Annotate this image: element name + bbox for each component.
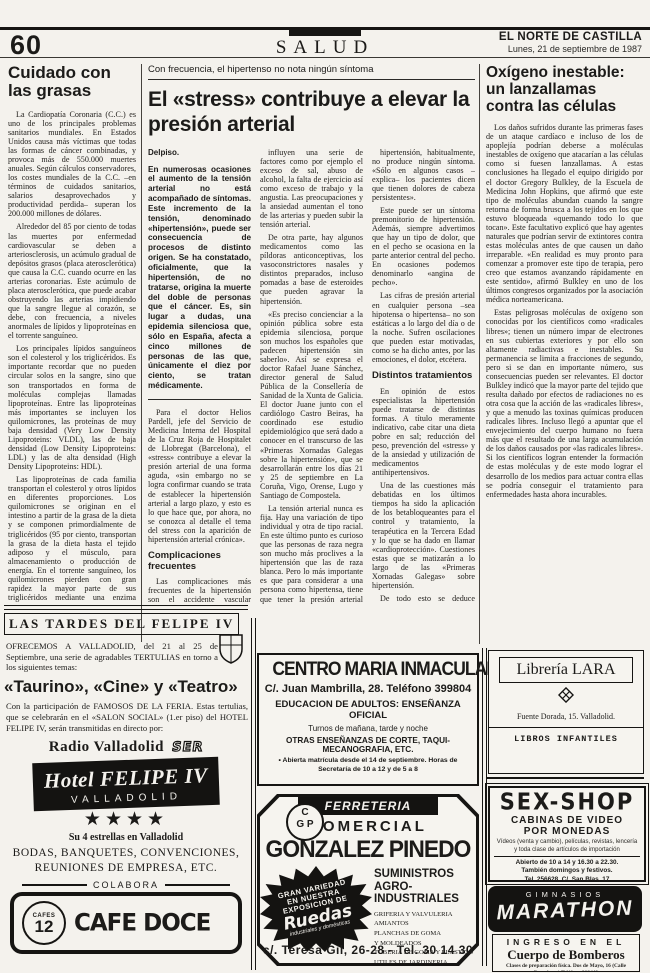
masthead-date: Lunes, 21 de septiembre de 1987 (422, 44, 642, 54)
ruedas-starburst: GRAN VARIEDAD EN NUESTRA EXPOSICION DE R… (260, 866, 372, 952)
article-grasas: Cuidado con las grasas La Cardiopatía Co… (8, 64, 136, 602)
article-oxigeno-title: Oxígeno inestable: un lanzallamas contra… (486, 64, 643, 115)
ad-libreria-lara: Librería LARA Fuente Dorada, 15. Vallado… (488, 650, 644, 774)
ad-felipe-intro: OFRECEMOS A VALLADOLID, del 21 al 25 de … (6, 641, 218, 673)
ad-sex-shop: SEX-SHOP CABINAS DE VIDEO POR MONEDAS Ví… (488, 786, 646, 882)
hotel-tagline: Su 4 estrellas en Valladolid (4, 832, 248, 843)
centro-matricula: • Abierta matrícula desde el 14 de septi… (264, 757, 472, 775)
cgp-letters: G P (288, 819, 322, 830)
article-stress-lede: En numerosas ocasiones el aumento de la … (148, 165, 251, 400)
pinedo-address: c/. Teresa Gil, 26-28 - Tel. 30 14 30 (260, 943, 476, 957)
article-stress-byline: Delpiso. (148, 148, 251, 157)
section-bar (289, 29, 361, 36)
paragraph: Este puede ser un síntoma premonitorio d… (372, 206, 475, 288)
article-stress-headline: El «stress» contribuye a elevar la presi… (148, 88, 475, 138)
sexshop-body: Vídeos (venta y cambio), películas, revi… (496, 839, 638, 854)
ad-divider (482, 648, 487, 966)
sexshop-cabinas: CABINAS DE VIDEO (490, 815, 644, 826)
lara-libros: LIBROS INFANTILES (489, 727, 643, 748)
ad-gimnasio-marathon: GIMNASIOS MARATHON (488, 886, 642, 932)
newspaper-page: 60 SALUD EL NORTE DE CASTILLA Lunes, 21 … (0, 0, 650, 973)
hotel-crest-icon (216, 633, 246, 670)
colabora-label: COLABORA (93, 880, 159, 890)
centro-address: C/. Juan Mambrilla, 28. Teléfono 399804 (264, 683, 472, 695)
centro-turnos: Turnos de mañana, tarde y noche (264, 724, 472, 733)
centro-educacion: EDUCACION DE ADULTOS: ENSEÑANZA OFICIAL (264, 699, 472, 721)
hotel-services: BODAS, BANQUETES, CONVENCIONES, REUNIONE… (4, 846, 248, 876)
column-rule (479, 64, 480, 644)
ad-felipe-topics: «Taurino», «Cine» y «Teatro» (4, 677, 248, 697)
article-grasas-paragraph: Alrededor del 85 por ciento de todas las… (8, 222, 136, 340)
ad-felipe-body: Con la participación de FAMOSOS DE LA FE… (6, 701, 248, 733)
radio-valladolid-label: Radio Valladolid (49, 739, 164, 756)
paragraph: Una de las cuestiones más debatidas en l… (372, 481, 475, 590)
sexshop-hours-line: También domingos y festivos. (494, 867, 640, 875)
pinedo-name: GONZALEZ PINEDO (265, 836, 470, 864)
lara-title: Librería LARA (499, 657, 633, 683)
colabora-row: COLABORA (22, 880, 230, 890)
article-oxigeno-paragraph: Estas peligrosas moléculas de oxígeno so… (486, 308, 643, 498)
divider (165, 884, 230, 886)
article-stress-col2: influyen una serie de factores como por … (260, 148, 363, 604)
bomberos-telefono: Teléfono 309443 (561, 970, 598, 972)
ad-felipe-iv: LAS TARDES DEL FELIPE IV OFRECEMOS A VAL… (4, 613, 248, 969)
article-oxigeno: Oxígeno inestable: un lanzallamas contra… (486, 64, 643, 646)
centro-otras: OTRAS ENSEÑANZAS DE CORTE, TAQUI-MECANOG… (264, 736, 472, 754)
centro-title: CENTRO MARIA INMACULADA (272, 659, 463, 681)
sexshop-hours-line: Abierto de 10 a 14 y 16.30 a 22.30. (494, 859, 640, 867)
article-stress: Con frecuencia, el hipertenso no nota ni… (148, 64, 475, 648)
sexshop-title: SEX-SHOP (490, 789, 644, 815)
section-header: SALUD (250, 29, 400, 59)
paragraph: De todo esto se deduce claramente que es… (372, 594, 475, 604)
lara-address: Fuente Dorada, 15. Valladolid. (489, 712, 643, 721)
article-stress-kicker: Con frecuencia, el hipertenso no nota ni… (148, 64, 475, 80)
ad-divider (251, 618, 256, 970)
bomberos-ingreso: INGRESO EN EL (493, 937, 639, 947)
article-grasas-paragraph: Las lipoproteínas de cada familia transp… (8, 475, 136, 602)
article-grasas-paragraph: Los principales lípidos sanguíneos son e… (8, 344, 136, 471)
column-rule (141, 64, 142, 642)
bomberos-info: Clases de preparación física. Dos de May… (493, 963, 639, 972)
paragraph: Para el doctor Helios Pardell, jefe del … (148, 408, 251, 544)
section-title: SALUD (250, 37, 400, 59)
ad-felipe-title: LAS TARDES DEL FELIPE IV (4, 613, 239, 635)
bomberos-clases: Clases de preparación física. (506, 963, 571, 969)
subhead-complicaciones: Complicaciones frecuentes (148, 551, 251, 572)
product-item: AMIANTOS (374, 919, 476, 929)
hotel-felipe-logo: Hotel FELIPE IV VALLADOLID (32, 757, 220, 811)
product-item: PLANCHAS DE GOMA (374, 929, 476, 939)
paragraph: «Es preciso concienciar a la opinión púb… (260, 310, 363, 500)
paragraph: En opinión de estos especialistas la hip… (372, 387, 475, 478)
article-grasas-paragraph: La Cardiopatía Coronaria (C.C.) es uno d… (8, 110, 136, 219)
product-item: GRIFERIA Y VALVULERIA (374, 910, 476, 920)
article-grasas-title: Cuidado con las grasas (8, 64, 136, 100)
radio-valladolid-row: Radio Valladolid SER (4, 739, 248, 756)
paragraph: Las complicaciones más frecuentes de la … (148, 577, 251, 603)
pinedo-suministros: SUMINISTROS AGRO-INDUSTRIALES (374, 868, 476, 906)
divider (22, 884, 87, 886)
article-stress-col3: hipertensión, habitualmente, no produce … (372, 148, 475, 604)
ser-logo: SER (171, 740, 204, 755)
masthead-title: EL NORTE DE CASTILLA (422, 31, 642, 43)
ad-cuerpo-bomberos: INGRESO EN EL Cuerpo de Bomberos Clases … (492, 934, 640, 972)
sexshop-monedas: POR MONEDAS (490, 826, 644, 837)
paragraph: La tensión arterial nunca es fija. Hay u… (260, 504, 363, 604)
sexshop-hours-line: Tel. 256628. C/. San Blas, 17 (494, 876, 640, 884)
header-bottom-rule (0, 57, 650, 58)
cgp-letter: C (288, 807, 322, 819)
subhead-tratamientos: Distintos tratamientos (372, 371, 475, 382)
paragraph: Las cifras de presión arterial en cualqu… (372, 291, 475, 364)
ad-divider (486, 777, 644, 784)
paragraph: hipertensión, habitualmente, no produce … (372, 148, 475, 202)
paragraph: influyen una serie de factores como por … (260, 148, 363, 230)
article-oxigeno-paragraph: Los daños sufridos durante las primeras … (486, 123, 643, 304)
sexshop-hours: Abierto de 10 a 14 y 16.30 a 22.30. Tamb… (494, 856, 640, 884)
marathon-name: MARATHON (488, 896, 642, 925)
cafe-doce-name: CAFE DOCE (74, 910, 210, 937)
cafe-doce-logo: CAFES 12 CAFE DOCE (10, 892, 242, 954)
ad-centro-maria-inmaculada: CENTRO MARIA INMACULADA C/. Juan Mambril… (257, 653, 479, 786)
article-stress-col1: Delpiso. En numerosas ocasiones el aumen… (148, 148, 251, 604)
paragraph: De otra parte, hay algunos medicamentos … (260, 233, 363, 306)
cafes-12-icon: CAFES 12 (22, 901, 66, 945)
ad-gonzalez-pinedo: FERRETERIA C G P COMERCIAL GONZALEZ PINE… (257, 794, 479, 966)
cafes-number: 12 (35, 919, 54, 934)
product-item: UTILES DE JARDINERIA (374, 958, 476, 968)
bomberos-cuerpo: Cuerpo de Bomberos (493, 947, 639, 963)
masthead: EL NORTE DE CASTILLA Lunes, 21 de septie… (422, 31, 642, 54)
lara-logo-icon (558, 690, 574, 707)
hotel-stars-icon: ★★★★ (4, 810, 248, 829)
